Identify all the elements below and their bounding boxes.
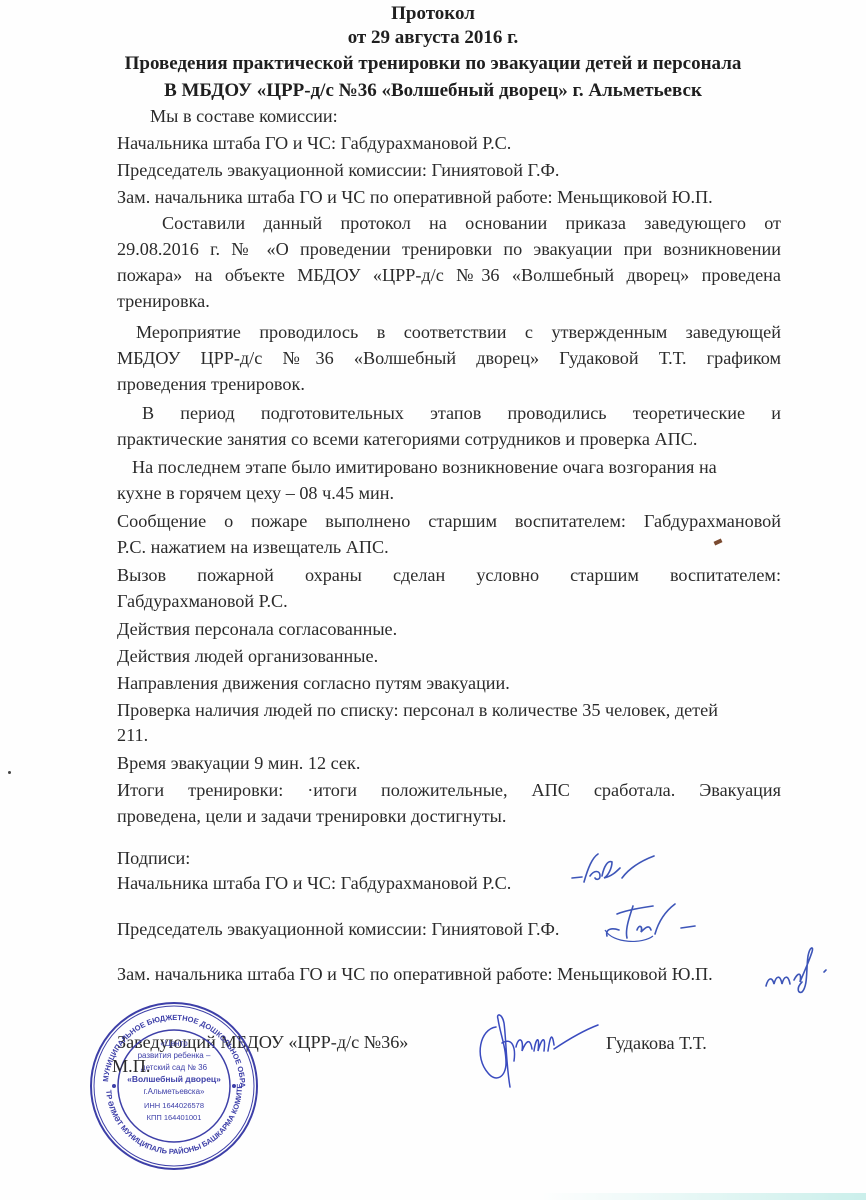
paragraph-1-line: тренировка.	[117, 289, 210, 313]
svg-text:КПП 164401001: КПП 164401001	[147, 1113, 202, 1122]
paragraph-1-line: 29.08.2016 г. № «О проведении тренировки…	[117, 237, 781, 261]
signature-row: Начальника штаба ГО и ЧС: Габдурахманово…	[117, 871, 511, 895]
paragraph-4-line: кухне в горячем цеху – 08 ч.45 мин.	[117, 481, 394, 505]
signature-giniyatova-icon	[603, 900, 713, 948]
paragraph-2-line: МБДОУ ЦРР-д/с №36 «Волшебный дворец» Гуд…	[117, 346, 781, 370]
commission-member: Зам. начальника штаба ГО и ЧС по операти…	[117, 185, 713, 209]
results-line: проведена, цели и задачи тренировки дост…	[117, 804, 506, 828]
paragraph-2-line: проведения тренировок.	[117, 372, 305, 396]
signature-gabdurakhmanova-icon	[568, 848, 658, 893]
official-stamp-icon: МУНИЦИПАЛЬНОЕ БЮДЖЕТНОЕ ДОШКОЛЬНОЕ ОБРАЗ…	[88, 1000, 260, 1172]
signature-gudakova-icon	[466, 1007, 606, 1107]
paragraph-2-line: Мероприятие проводилось в соответствии с…	[136, 320, 781, 344]
document-subject-line-2: В МБДОУ «ЦРР-д/с №36 «Волшебный дворец» …	[0, 79, 866, 103]
commission-intro: Мы в составе комиссии:	[150, 104, 338, 128]
scan-edge-tint	[540, 1193, 866, 1200]
paragraph-3-line: В период подготовительных этапов проводи…	[142, 401, 781, 425]
paragraph-3-line: практические занятия со всеми категориям…	[117, 427, 697, 451]
evacuation-directions: Направления движения согласно путям эвак…	[117, 671, 510, 695]
scan-artifact-dot	[8, 771, 11, 774]
headcount-line: Проверка наличия людей по списку: персон…	[117, 698, 718, 722]
paragraph-5-line: Сообщение о пожаре выполнено старшим вос…	[117, 509, 781, 533]
document-title: Протокол	[0, 2, 866, 26]
document-page: Протокол от 29 августа 2016 г. Проведени…	[0, 0, 866, 1200]
paragraph-5-line: Р.С. нажатием на извещатель АПС.	[117, 535, 389, 559]
paragraph-4-line: На последнем этапе было имитировано возн…	[132, 455, 717, 479]
commission-member: Начальника штаба ГО и ЧС: Габдурахманово…	[117, 131, 511, 155]
signatures-label: Подписи:	[117, 846, 190, 870]
seal-mark: М.П.	[112, 1054, 150, 1078]
evacuation-time: Время эвакуации 9 мин. 12 сек.	[117, 751, 360, 775]
paragraph-6-line: Вызов пожарной охраны сделан условно ста…	[117, 563, 781, 587]
paragraph-1-line: Составили данный протокол на основании п…	[162, 211, 781, 235]
signature-row: Зам. начальника штаба ГО и ЧС по операти…	[117, 962, 713, 986]
stamp-line: «Центр	[160, 1039, 188, 1048]
scan-artifact-mark	[714, 538, 723, 545]
staff-actions: Действия персонала согласованные.	[117, 617, 397, 641]
document-subject-line-1: Проведения практической тренировки по эв…	[0, 52, 866, 76]
svg-text:ИНН 1644026578: ИНН 1644026578	[144, 1101, 204, 1110]
paragraph-1-line: пожара» на объекте МБДОУ «ЦРР-д/с №36 «В…	[117, 263, 781, 287]
svg-text:г.Альметьевска»: г.Альметьевска»	[143, 1087, 205, 1096]
signature-menshchikova-icon	[762, 942, 837, 997]
paragraph-6-line: Габдурахмановой Р.С.	[117, 589, 288, 613]
people-actions: Действия людей организованные.	[117, 644, 378, 668]
headcount-line: 211.	[117, 723, 148, 747]
head-name: Гудакова Т.Т.	[606, 1031, 707, 1055]
svg-text:детский сад № 36: детский сад № 36	[141, 1063, 208, 1072]
results-line: Итоги тренировки: ·итоги положительные, …	[117, 778, 781, 802]
signature-row: Председатель эвакуационной комиссии: Гин…	[117, 917, 559, 941]
document-date: от 29 августа 2016 г.	[0, 26, 866, 50]
commission-member: Председатель эвакуационной комиссии: Гин…	[117, 158, 559, 182]
